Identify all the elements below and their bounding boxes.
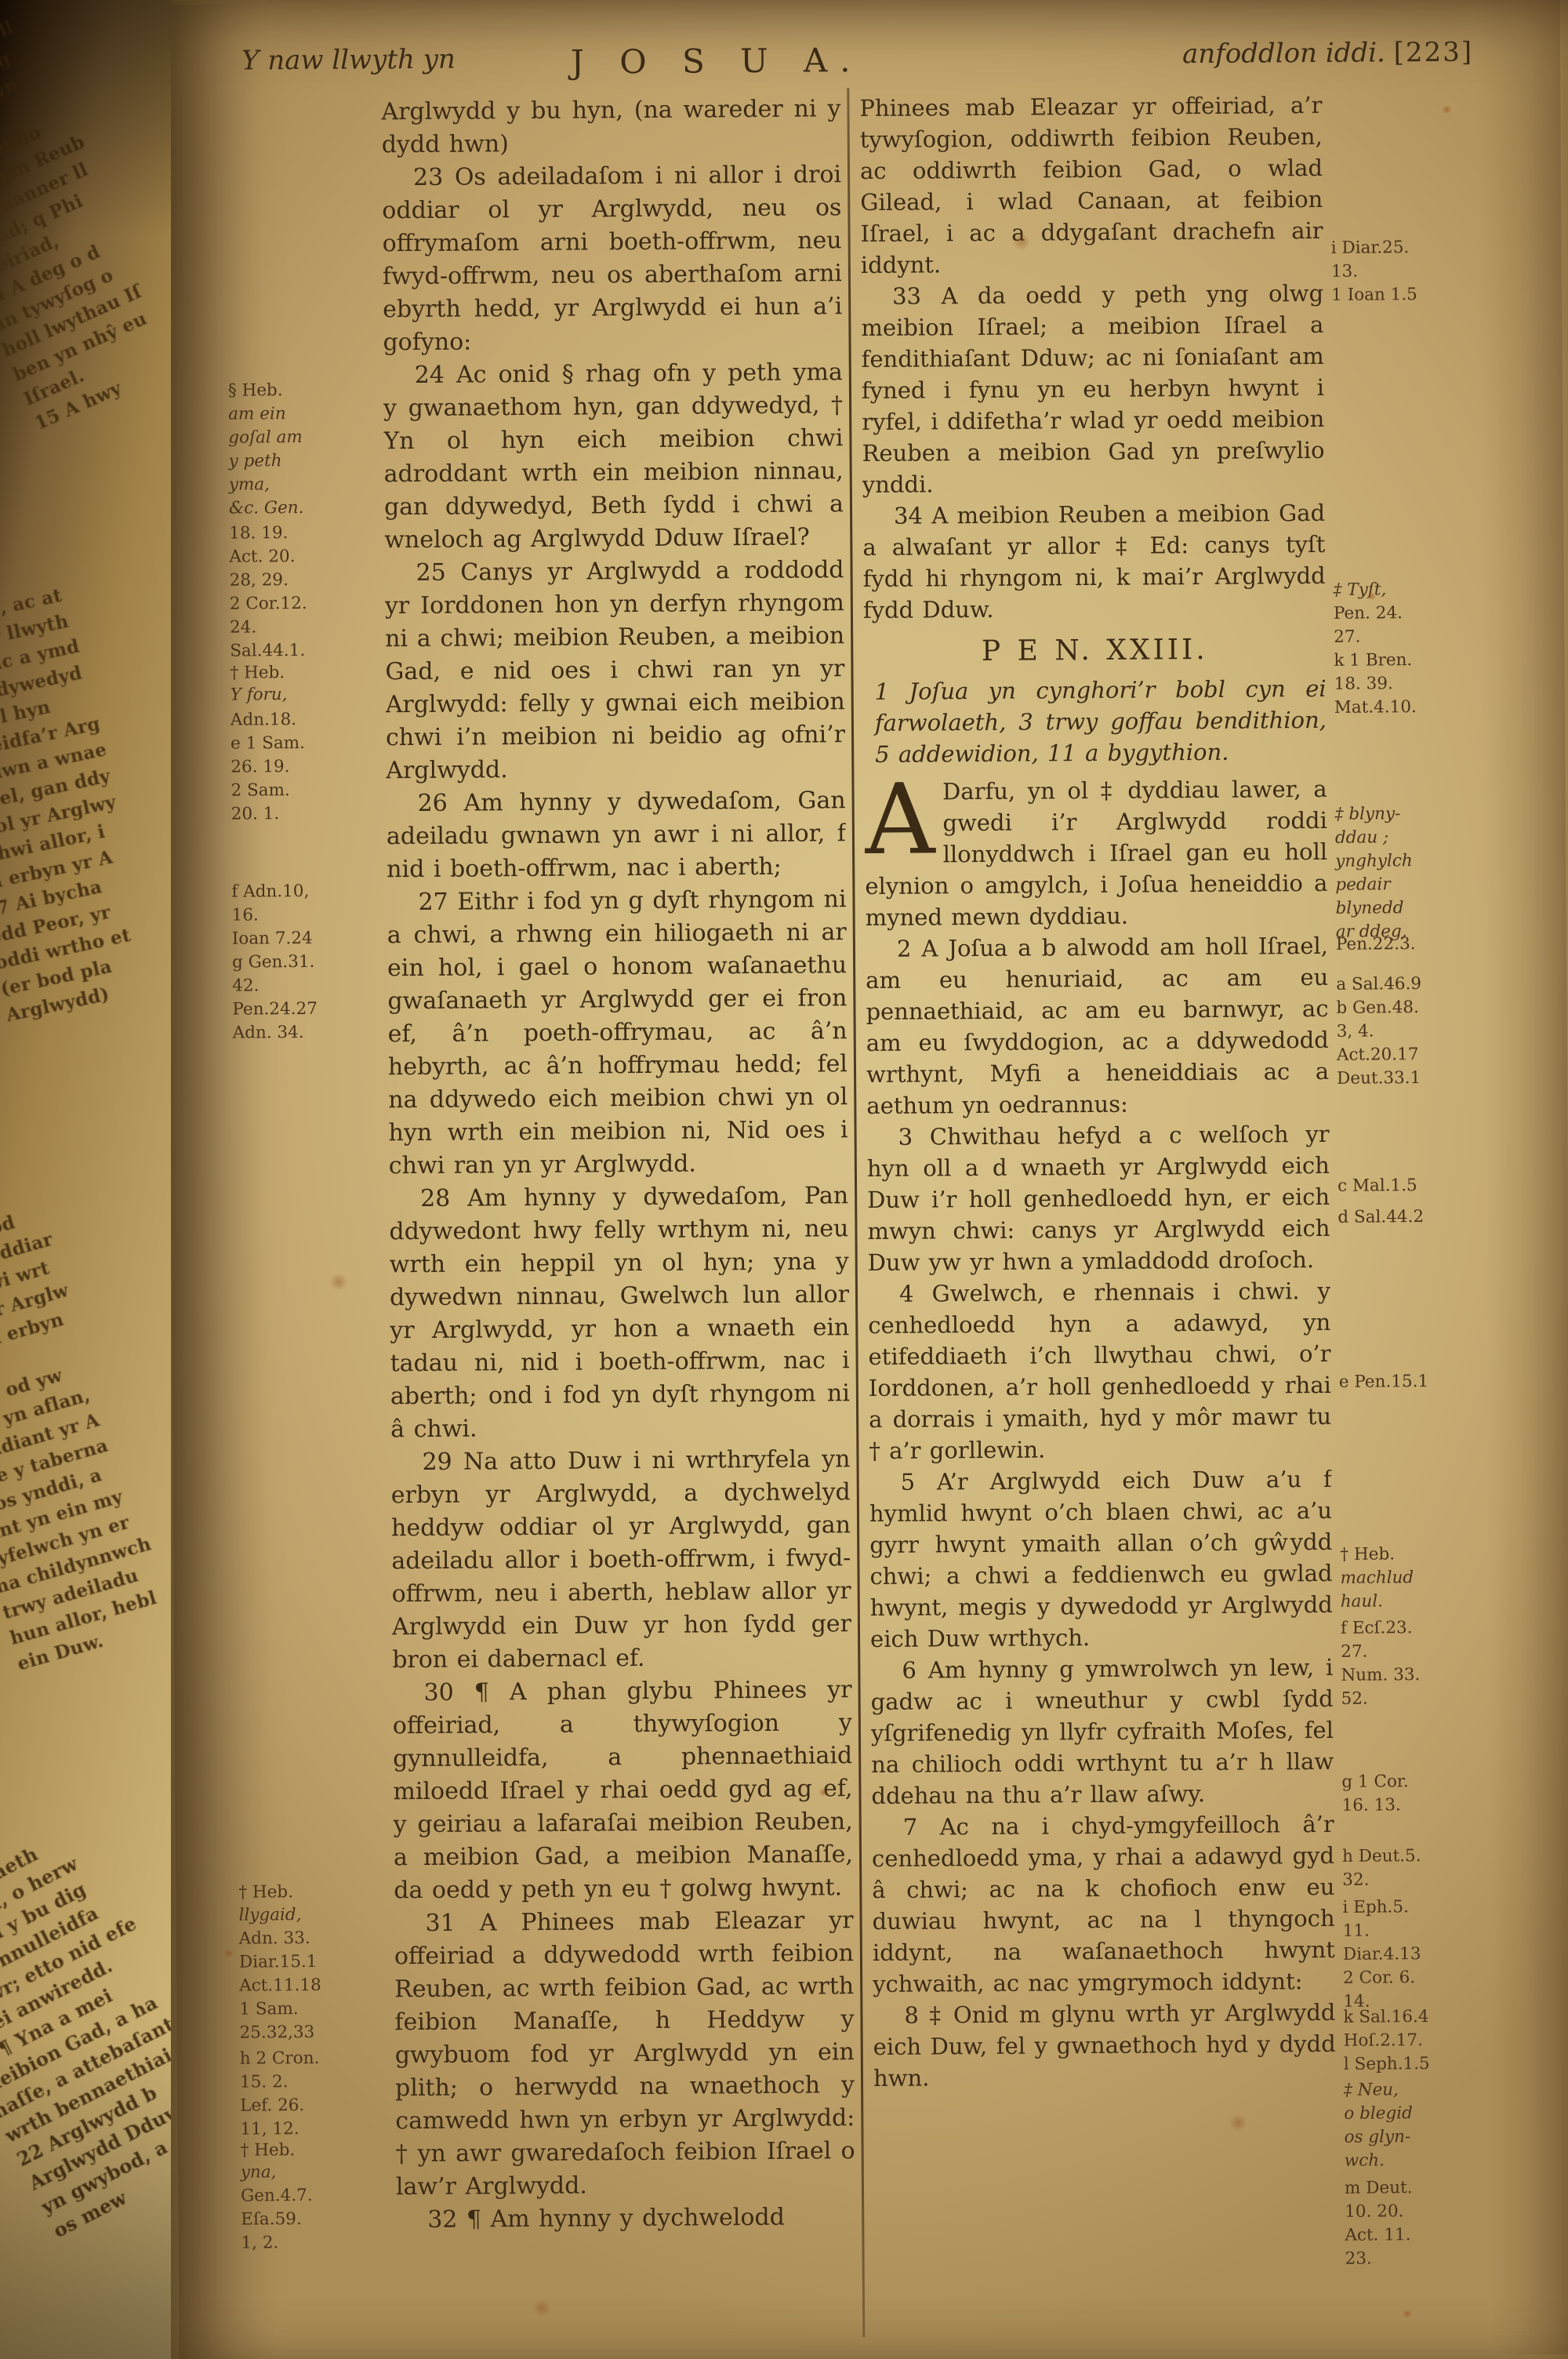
verse-paragraph: 5 A’r Arglwydd eich Duw a’u f hymlid hwy… <box>869 1463 1334 1655</box>
verse-paragraph: 27 Eithr i fod yn g dyſt rhyngom ni a ch… <box>387 883 848 1183</box>
foxing-spot <box>1402 2310 1413 2317</box>
verse-paragraph: 26 Am hynny y dywedaſom, Gan adeiladu gw… <box>386 784 846 886</box>
margin-note: † Heb. <box>230 660 379 685</box>
verse-paragraph: 7 Ac na i chyd-ymgyfeilloch â’r cenhedlo… <box>872 1808 1336 2000</box>
book-title: J O S U A. <box>571 41 863 82</box>
margin-note: f Adn.10, 16. Ioan 7.24 g Gen.31. 42. Pe… <box>231 879 381 1045</box>
margin-note: § Heb. <box>228 378 377 402</box>
verse-paragraph: 33 A da oedd y peth yng olwg meibion Iſr… <box>861 278 1325 500</box>
margin-note: Pen.22.3. <box>1336 932 1563 957</box>
margin-note: machlud haul. <box>1340 1565 1567 1614</box>
right-text-column: Phinees mab Eleazar yr offeiriad, a’r ty… <box>859 89 1338 2351</box>
drop-cap-initial: A <box>864 776 942 858</box>
margin-note: Gen.4.7. Eſa.59. 1, 2. <box>241 2183 390 2255</box>
margin-note: ‡ Neu, o blegid os glyn- wch. <box>1344 2077 1568 2173</box>
margin-note: † Heb. <box>241 2138 390 2162</box>
margin-note: h 2 Cron. 15. 2. Lef. 26. 11, 12. <box>240 2046 390 2141</box>
margin-note: † Heb. <box>238 1880 387 1904</box>
right-margin-notes: i Diar.25. 13. 1 Ioan 1.5 ‡ Tyſt, Pen. 2… <box>171 0 1559 5</box>
book-page-scan: A phan fynu, yna holl Iſrael a ymg ddyfo… <box>0 0 1568 2359</box>
margin-note: Y foru, <box>230 682 379 707</box>
page: Y naw llwyth yn J O S U A. anfoddlon idd… <box>171 0 1568 2359</box>
margin-note: h Deut.5. 32. <box>1342 1844 1568 1892</box>
margin-note: † Heb. <box>1340 1542 1567 1567</box>
verse-paragraph: Arglwydd y bu hyn, (na wareder ni y dydd… <box>381 93 841 162</box>
margin-note: yna, <box>241 2160 390 2184</box>
verse-paragraph: 28 Am hynny y dywedaſom, Pan ddywedont h… <box>389 1179 850 1446</box>
verse-paragraph: 29 Na atto Duw i ni wrthryfela yn erbyn … <box>390 1443 851 1677</box>
verse-paragraph: 24 Ac onid § rhag ofn y peth yma y gwana… <box>383 356 844 557</box>
margin-note: m Deut. 10. 20. Act. 11. 23. <box>1345 2175 1568 2271</box>
margin-note: a Sal.46.9 b Gen.48. 3, 4. Act.20.17 Deu… <box>1336 972 1564 1091</box>
margin-note: Adn. 33. Diar.15.1 Act.11.18 1 Sam. 25.3… <box>239 1926 389 2045</box>
left-margin-notes: § Heb. am ein goſal am y peth yma, &c. G… <box>171 0 1559 5</box>
verse-paragraph: 6 Am hynny g ymwrolwch yn lew, i gadw ac… <box>870 1652 1334 1812</box>
margin-note: i Diar.25. 13. 1 Ioan 1.5 <box>1331 235 1559 307</box>
foxing-spot <box>223 1950 234 1957</box>
foxing-spots <box>171 0 1559 5</box>
running-title-right: anfoddlon iddi. [223] <box>1182 37 1473 71</box>
page-number: [223] <box>1394 37 1474 69</box>
margin-note: 18. 19. Act. 20. 28, 29. 2 Cor.12. 24. S… <box>229 521 379 663</box>
margin-note: Adn.18. e 1 Sam. 26. 19. 2 Sam. 20. 1. <box>230 707 380 826</box>
margin-note: Pen. 24. 27. k 1 Bren. 18. 39. Mat.4.10. <box>1334 601 1562 720</box>
verse-paragraph: Phinees mab Eleazar yr offeiriad, a’r ty… <box>859 89 1323 281</box>
margin-note: am ein goſal am y peth yma, &c. Gen. <box>228 402 378 520</box>
running-title-left: Y naw llwyth yn <box>241 44 456 77</box>
facing-page-text-fragment: Reuben, ac at hanner llwyth lead; ac a y… <box>0 562 171 1030</box>
verse-paragraph: ADarfu, yn ol ‡ dyddiau lawer, a gwedi i… <box>864 773 1327 933</box>
foxing-spot <box>1441 106 1452 114</box>
verse-paragraph: 8 ‡ Onid m glynu wrth yr Arglwydd eich D… <box>873 1997 1336 2094</box>
facing-page-text-fragment: 18 Ond bod heddyw oddiar am i chwi wrt e… <box>0 1175 171 1677</box>
margin-note: d Sal.44.2 <box>1338 1205 1565 1230</box>
margin-note: llygaid, <box>238 1903 387 1927</box>
left-text-column: Arglwydd y bu hyn, (na wareder ni y dydd… <box>381 93 856 2354</box>
margin-note: f Ecſ.23. 27. Num. 33. 52. <box>1341 1616 1568 1711</box>
facing-page-text-fragment: A phan fynu, yna holl Iſrael a ymg ddyfo… <box>0 0 171 438</box>
facing-page-text-fragment: 20 Oni wnaeth gamwedd, o herw beth, fel … <box>0 1783 171 2245</box>
margin-note: k Sal.16.4 Hoſ.2.17. l Seph.1.5 <box>1343 2005 1568 2077</box>
chapter-summary: 1 Joſua yn cynghori’r bobl cyn ei farwol… <box>875 673 1327 770</box>
margin-note: ‡ blyny- ddau ; ynghylch pedair blynedd … <box>1335 801 1563 944</box>
margin-note: c Mal.1.5 <box>1338 1173 1565 1198</box>
margin-note: e Pen.15.1 <box>1339 1369 1566 1394</box>
margin-note: i Eph.5. 11. Diar.4.13 2 Cor. 6. 14. <box>1342 1895 1568 2014</box>
margin-note: ‡ Tyſt, <box>1334 577 1561 602</box>
foxing-spot <box>328 1274 349 1290</box>
verse-paragraph: 23 Os adeiladaſom i ni allor i droi oddi… <box>382 158 843 359</box>
verse-paragraph: 34 A meibion Reuben a meibion Gad a alwa… <box>862 497 1326 626</box>
verse-paragraph: 32 ¶ Am hynny y dychwelodd <box>396 2201 855 2237</box>
verse-paragraph: 25 Canys yr Arglwydd a roddodd yr Iorddo… <box>384 554 845 787</box>
verse-paragraph: 2 A Joſua a b alwodd am holl Iſrael, am … <box>866 930 1330 1121</box>
verse-paragraph: 3 Chwithau hefyd a c welſoch yr hyn oll … <box>866 1118 1330 1278</box>
verse-paragraph: 30 ¶ A phan glybu Phinees yr offeiriad, … <box>392 1674 853 1907</box>
running-title-right-text: anfoddlon iddi. <box>1182 37 1385 70</box>
verse-paragraph: 4 Gwelwch, e rhennais i chwi. y cenhedlo… <box>868 1275 1332 1467</box>
margin-note: g 1 Cor. 16. 13. <box>1341 1769 1568 1818</box>
verse-paragraph: 31 A Phinees mab Eleazar yr offeiriad a … <box>394 1904 855 2204</box>
facing-page-edge: A phan fynu, yna holl Iſrael a ymg ddyfo… <box>0 0 171 2359</box>
page-content: Y naw llwyth yn J O S U A. anfoddlon idd… <box>171 0 1568 2359</box>
chapter-heading: P E N. XXIII. <box>863 634 1326 668</box>
